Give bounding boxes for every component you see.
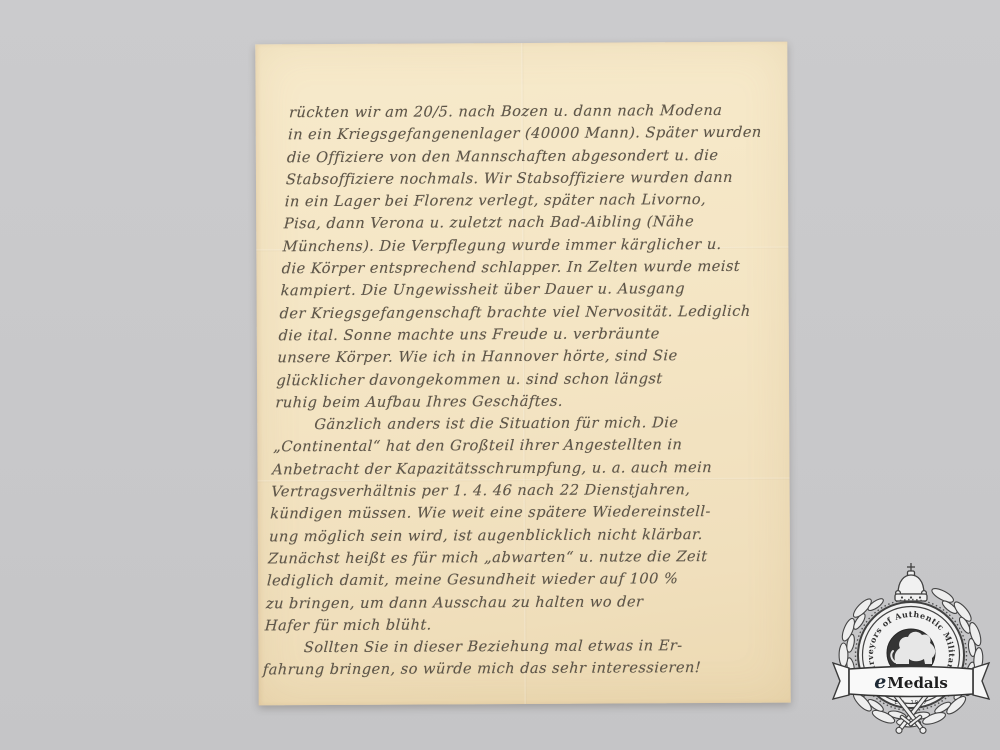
letter-line: unsere Körper. Wie ich in Hannover hörte… (277, 345, 756, 370)
letter-line: kündigen müssen. Wie weit eine spätere W… (270, 501, 749, 526)
letter-line: ung möglich sein wird, ist augenblicklic… (269, 523, 748, 548)
letter-line: in ein Kriegsgefangenenlager (40000 Mann… (287, 122, 766, 147)
letter-line: fahrung bringen, so würde mich das sehr … (262, 657, 741, 682)
crown-icon (895, 563, 927, 601)
letter-line: Pisa, dann Verona u. zuletzt nach Bad-Ai… (283, 211, 762, 236)
letter-line: „Continental“ hat den Großteil ihrer Ang… (273, 434, 752, 459)
letter-line: glücklicher davongekommen u. sind schon … (276, 367, 755, 392)
letter-line: Vertragsverhältnis per 1. 4. 46 nach 22 … (271, 479, 750, 504)
letter-line-paragraph-start: Sollten Sie in dieser Beziehung mal etwa… (263, 635, 742, 660)
letter-line: kampiert. Die Ungewissheit über Dauer u.… (280, 278, 759, 303)
banner-ribbon: eMedals (833, 663, 989, 699)
letter-line: Hafer für mich blüht. (264, 613, 743, 638)
letter-line: Anbetracht der Kapazitätsschrumpfung, u.… (272, 457, 751, 482)
letter-line: in ein Lager bei Florenz verlegt, später… (284, 189, 763, 214)
brand-text: eMedals (874, 671, 948, 693)
handwritten-text-block: rückten wir am 20/5. nach Bozen u. dann … (262, 100, 767, 682)
photo-canvas: { "letter": { "lines": [ "rückten wir am… (0, 0, 1000, 750)
letter-line: die Körper entsprechend schlapper. In Ze… (281, 256, 760, 281)
letter-line-paragraph-start: Gänzlich anders ist die Situation für mi… (274, 412, 753, 437)
letter-line: zu bringen, um dann Ausschau zu halten w… (265, 590, 744, 615)
letter-line: lediglich damit, meine Gesundheit wieder… (266, 568, 745, 593)
letter-line: Münchens). Die Verpflegung wurde immer k… (282, 234, 761, 259)
emedals-watermark-logo: Purveyors of Authentic Militaria Est. 19… (821, 557, 1000, 739)
letter-paper: rückten wir am 20/5. nach Bozen u. dann … (255, 42, 790, 706)
letter-line: rückten wir am 20/5. nach Bozen u. dann … (289, 100, 768, 125)
letter-line: die Offiziere von den Mannschaften abges… (286, 144, 765, 169)
letter-line: Zunächst heißt es für mich „abwarten“ u.… (267, 546, 746, 571)
letter-line: ruhig beim Aufbau Ihres Geschäftes. (275, 390, 754, 415)
letter-line: der Kriegsgefangenschaft brachte viel Ne… (279, 300, 758, 325)
letter-line: Stabsoffiziere nochmals. Wir Stabsoffizi… (285, 167, 764, 192)
letter-line: die ital. Sonne machte uns Freude u. ver… (278, 323, 757, 348)
